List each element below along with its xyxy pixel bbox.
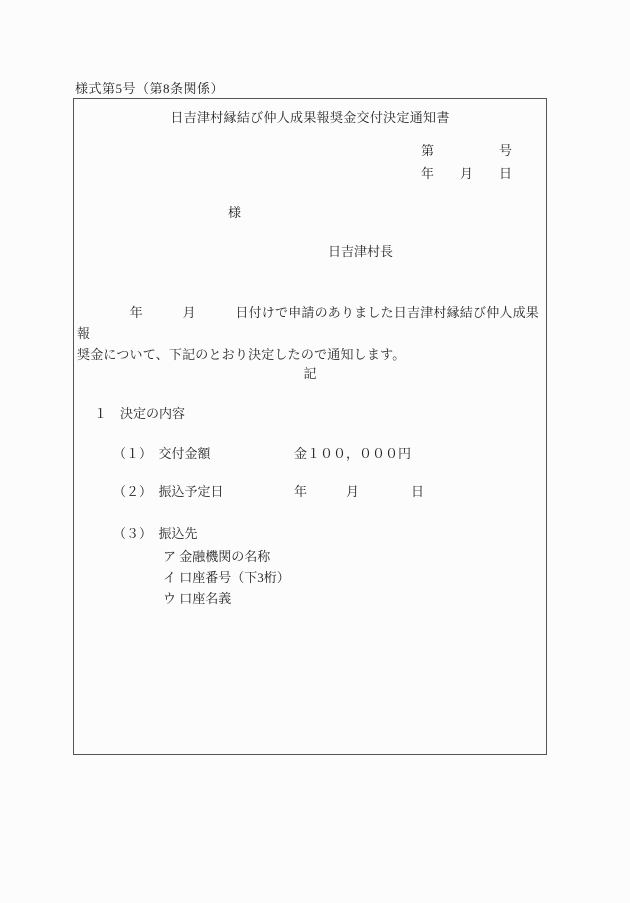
sub-item-bank-name: ア 金融機関の名称 xyxy=(163,546,270,565)
item-label-transfer-destination: （３） 振込先 xyxy=(113,526,198,541)
item-row-grant-amount: （１） 交付金額 金１００，０００円 xyxy=(113,443,211,462)
document-page: 様式第5号（第8条関係） 日吉津村縁結び仲人成果報奨金交付決定通知書 第 号 年… xyxy=(0,0,630,903)
item-value-transfer-date: 年 月 日 xyxy=(294,481,424,500)
body-paragraph: 年 月 日付けで申請のありました日吉津村縁結び仲人成果報 奨金について、下記のと… xyxy=(77,302,547,365)
sender-name: 日吉津村長 xyxy=(328,241,393,260)
doc-number-line: 第 号 xyxy=(421,140,512,159)
document-frame: 日吉津村縁結び仲人成果報奨金交付決定通知書 第 号 年 月 日 様 日吉津村長 … xyxy=(73,98,547,755)
item-row-transfer-date: （２） 振込予定日 年 月 日 xyxy=(113,481,224,500)
ki-heading: 記 xyxy=(74,363,546,382)
form-style-label: 様式第5号（第8条関係） xyxy=(75,78,224,97)
item-label-grant-amount: （１） 交付金額 xyxy=(113,446,211,461)
document-title: 日吉津村縁結び仲人成果報奨金交付決定通知書 xyxy=(74,107,546,126)
sub-item-account-number: イ 口座番号（下3桁） xyxy=(163,567,290,586)
item-row-transfer-destination: （３） 振込先 xyxy=(113,523,198,542)
section-heading-decision-contents: １ 決定の内容 xyxy=(94,403,185,422)
item-label-transfer-date: （２） 振込予定日 xyxy=(113,484,224,499)
item-value-grant-amount: 金１００，０００円 xyxy=(294,443,411,462)
recipient-honorific: 様 xyxy=(228,202,241,221)
doc-date-line: 年 月 日 xyxy=(421,163,512,182)
sub-item-account-holder: ウ 口座名義 xyxy=(163,588,231,607)
